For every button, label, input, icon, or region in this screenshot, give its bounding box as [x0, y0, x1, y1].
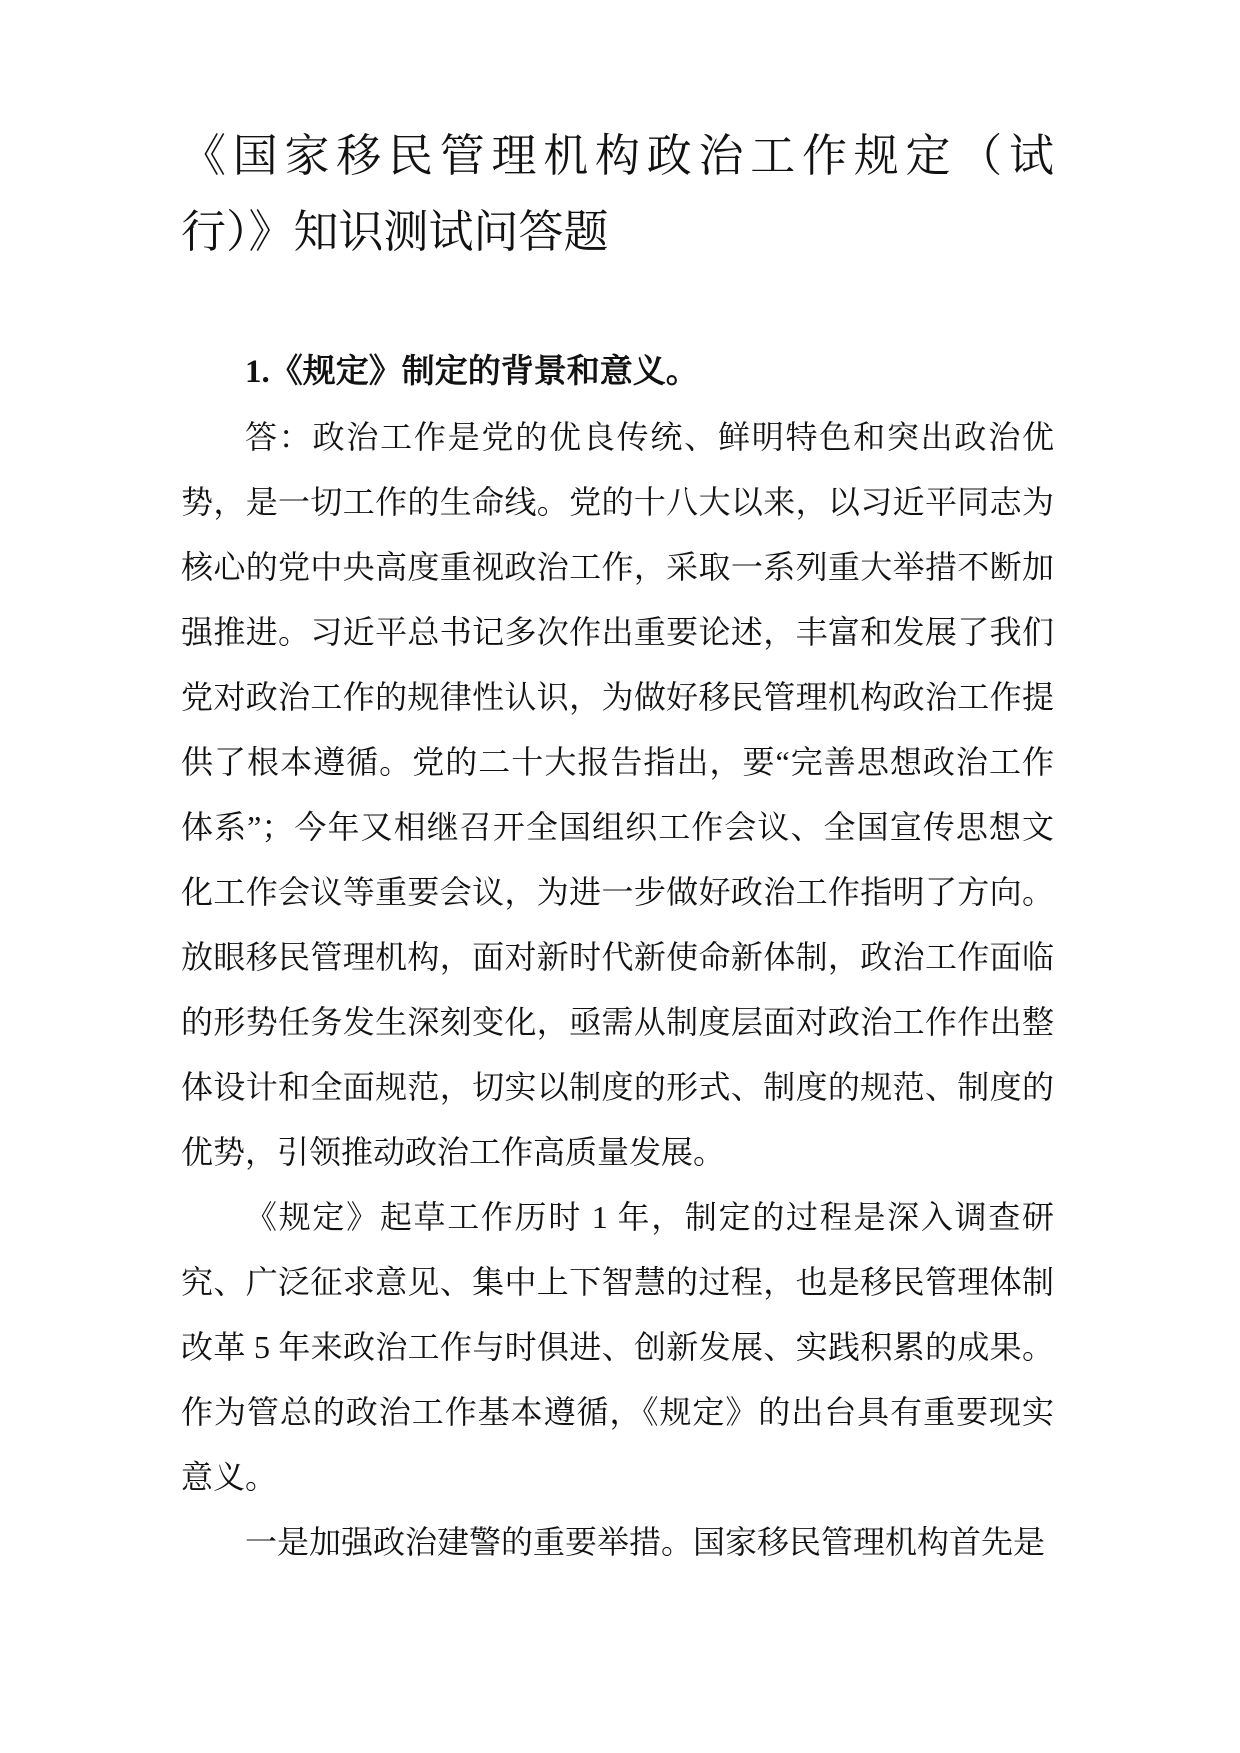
document-title: 《国家移民管理机构政治工作规定（试 行）》知识测试问答题	[181, 118, 1054, 270]
body-line: 究、广泛征求意见、集中上下智慧的过程，也是移民管理体制	[181, 1250, 1054, 1315]
section-heading: 1.《规定》制定的背景和意义。	[181, 340, 1054, 405]
body-line: 势，是一切工作的生命线。党的十八大以来，以习近平同志为	[181, 470, 1054, 535]
body-line: 核心的党中央高度重视政治工作，采取一系列重大举措不断加	[181, 535, 1054, 600]
body-line: 供了根本遵循。党的二十大报告指出，要“完善思想政治工作	[181, 730, 1054, 795]
body-line: 强推进。习近平总书记多次作出重要论述，丰富和发展了我们	[181, 600, 1054, 665]
body-line: 一是加强政治建警的重要举措。国家移民管理机构首先是	[181, 1510, 1054, 1575]
paragraph-answer-background: 答：政治工作是党的优良传统、鲜明特色和突出政治优 势，是一切工作的生命线。党的十…	[181, 405, 1054, 1185]
body-line: 优势，引领推动政治工作高质量发展。	[181, 1120, 1054, 1185]
paragraph-significance-first: 一是加强政治建警的重要举措。国家移民管理机构首先是	[181, 1510, 1054, 1575]
body-line: 体设计和全面规范，切实以制度的形式、制度的规范、制度的	[181, 1055, 1054, 1120]
body-line: 作为管总的政治工作基本遵循，《规定》的出台具有重要现实	[181, 1380, 1054, 1445]
body-line: 放眼移民管理机构，面对新时代新使命新体制，政治工作面临	[181, 925, 1054, 990]
body-line: 党对政治工作的规律性认识，为做好移民管理机构政治工作提	[181, 665, 1054, 730]
document-title-line-1: 《国家移民管理机构政治工作规定（试	[181, 118, 1054, 194]
body-line: 意义。	[181, 1445, 1054, 1510]
body-line: 答：政治工作是党的优良传统、鲜明特色和突出政治优	[181, 405, 1054, 470]
body-line: 改革 5 年来政治工作与时俱进、创新发展、实践积累的成果。	[181, 1315, 1054, 1380]
body-line: 的形势任务发生深刻变化，亟需从制度层面对政治工作作出整	[181, 990, 1054, 1055]
body-line: 体系”；今年又相继召开全国组织工作会议、全国宣传思想文	[181, 795, 1054, 860]
document-page: 《国家移民管理机构政治工作规定（试 行）》知识测试问答题 1.《规定》制定的背景…	[181, 0, 1054, 1575]
document-title-line-2: 行）》知识测试问答题	[181, 194, 1054, 270]
paragraph-drafting-process: 《规定》起草工作历时 1 年，制定的过程是深入调查研 究、广泛征求意见、集中上下…	[181, 1185, 1054, 1510]
body-line: 《规定》起草工作历时 1 年，制定的过程是深入调查研	[181, 1185, 1054, 1250]
body-line: 化工作会议等重要会议，为进一步做好政治工作指明了方向。	[181, 860, 1054, 925]
